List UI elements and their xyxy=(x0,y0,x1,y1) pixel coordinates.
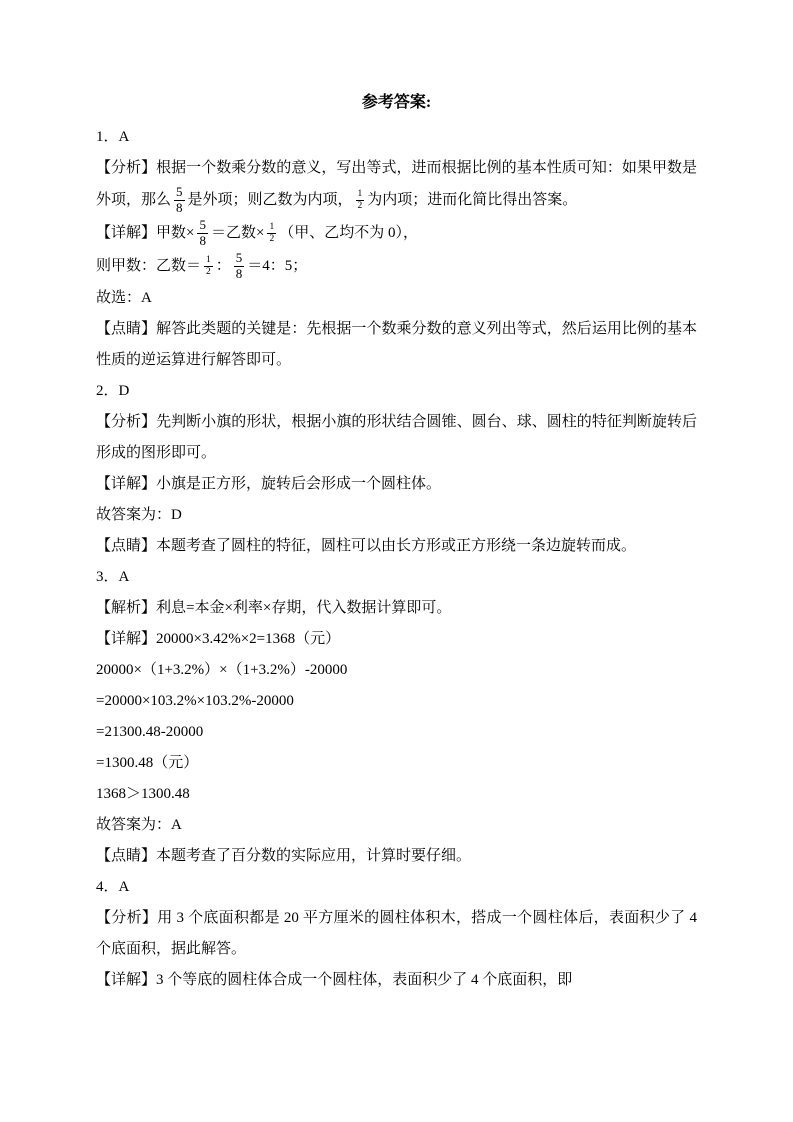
text-run: 是外项；则乙数为内项， xyxy=(188,192,353,208)
paragraph-q1-analysis: 【分析】根据一个数乘分数的意义，写出等式，进而根据比例的基本性质可知：如果甲数是… xyxy=(96,153,697,217)
fraction-numerator: 1 xyxy=(356,189,365,200)
text-run: 【点睛】本题考查了百分数的实际应用，计算时要仔细。 xyxy=(96,848,471,864)
fraction-denominator: 2 xyxy=(204,266,213,278)
text-run: =21300.48-20000 xyxy=(96,724,203,740)
paragraph-q3-analysis: 【解析】利息=本金×利率×存期，代入数据计算即可。 xyxy=(96,593,697,624)
fraction-numerator: 1 xyxy=(267,222,276,233)
paragraph-q3-note: 【点睛】本题考查了百分数的实际应用，计算时要仔细。 xyxy=(96,841,697,872)
paragraph-q4-answer: 4．A xyxy=(96,872,697,903)
fraction-numerator: 1 xyxy=(204,255,213,266)
text-run: =1300.48（元） xyxy=(96,755,198,771)
paragraph-q2-result: 故答案为：D xyxy=(96,500,697,531)
text-run: 1．A xyxy=(96,129,129,145)
paragraph-q3-compare: 1368＞1300.48 xyxy=(96,779,697,810)
paragraph-q3-detail: 【详解】20000×3.42%×2=1368（元） xyxy=(96,624,697,655)
text-run: 1368＞1300.48 xyxy=(96,786,190,802)
fraction: 58 xyxy=(174,185,185,216)
paragraph-q1-answer: 1．A xyxy=(96,122,697,153)
paragraph-q3-calc-1: 20000×（1+3.2%）×（1+3.2%）-20000 xyxy=(96,655,697,686)
text-run: 【详解】3 个等底的圆柱体合成一个圆柱体，表面积少了 4 个底面积，即 xyxy=(96,972,572,988)
text-run: 4．A xyxy=(96,879,129,895)
paragraph-q3-answer: 3．A xyxy=(96,562,697,593)
fraction-denominator: 8 xyxy=(174,200,185,216)
text-run: 【分析】用 3 个底面积都是 20 平方厘米的圆柱体积木，搭成一个圆柱体后，表面… xyxy=(96,910,697,957)
page-title: 参考答案: xyxy=(96,90,697,116)
paragraph-q3-calc-4: =1300.48（元） xyxy=(96,748,697,779)
fraction: 12 xyxy=(356,189,365,212)
paragraph-q2-note: 【点睛】本题考查了圆柱的特征，圆柱可以由长方形或正方形绕一条边旋转而成。 xyxy=(96,531,697,562)
text-run: 【详解】甲数× xyxy=(96,225,194,241)
text-run: 故答案为：A xyxy=(96,817,182,833)
text-run: 【点睛】本题考查了圆柱的特征，圆柱可以由长方形或正方形绕一条边旋转而成。 xyxy=(96,538,636,554)
paragraph-q3-calc-3: =21300.48-20000 xyxy=(96,717,697,748)
text-run: =20000×103.2%×103.2%-20000 xyxy=(96,693,294,709)
paragraph-q2-answer: 2．D xyxy=(96,376,697,407)
text-run: （甲、乙均不为 0）， xyxy=(279,225,418,241)
paragraph-q2-detail: 【详解】小旗是正方形，旋转后会形成一个圆柱体。 xyxy=(96,469,697,500)
text-run: 故答案为：D xyxy=(96,507,182,523)
fraction: 58 xyxy=(234,251,245,282)
fraction: 12 xyxy=(204,255,213,278)
fraction-denominator: 8 xyxy=(234,266,245,282)
paragraph-q1-detail: 【详解】甲数×58＝乙数×12（甲、乙均不为 0）， xyxy=(96,217,697,250)
text-run: 20000×（1+3.2%）×（1+3.2%）-20000 xyxy=(96,662,347,678)
fraction-denominator: 2 xyxy=(356,200,365,212)
paragraph-q3-calc-2: =20000×103.2%×103.2%-20000 xyxy=(96,686,697,717)
paragraph-q1-ratio: 则甲数：乙数＝12：58＝4：5； xyxy=(96,250,697,283)
text-run: 【解析】利息=本金×利率×存期，代入数据计算即可。 xyxy=(96,600,451,616)
paragraph-q1-choice: 故选：A xyxy=(96,283,697,314)
paragraph-q4-detail: 【详解】3 个等底的圆柱体合成一个圆柱体，表面积少了 4 个底面积，即 xyxy=(96,965,697,996)
text-run: ＝乙数× xyxy=(211,225,264,241)
paragraph-q4-analysis: 【分析】用 3 个底面积都是 20 平方厘米的圆柱体积木，搭成一个圆柱体后，表面… xyxy=(96,903,697,965)
text-run: ： xyxy=(216,258,231,274)
text-run: 故选：A xyxy=(96,290,152,306)
fraction-denominator: 2 xyxy=(267,233,276,245)
text-run: 【点睛】解答此类题的关键是：先根据一个数乘分数的意义列出等式，然后运用比例的基本… xyxy=(96,321,697,368)
fraction-numerator: 5 xyxy=(197,218,208,233)
text-run: ＝4：5； xyxy=(247,258,307,274)
paragraph-q2-analysis: 【分析】先判断小旗的形状，根据小旗的形状结合圆锥、圆台、球、圆柱的特征判断旋转后… xyxy=(96,407,697,469)
paragraph-q1-note: 【点睛】解答此类题的关键是：先根据一个数乘分数的意义列出等式，然后运用比例的基本… xyxy=(96,314,697,376)
paragraph-q3-result: 故答案为：A xyxy=(96,810,697,841)
text-run: 为内项；进而化简比得出答案。 xyxy=(367,192,577,208)
fraction: 58 xyxy=(197,218,208,249)
document-content: 1．A【分析】根据一个数乘分数的意义，写出等式，进而根据比例的基本性质可知：如果… xyxy=(96,122,697,996)
text-run: 2．D xyxy=(96,383,129,399)
text-run: 【详解】20000×3.42%×2=1368（元） xyxy=(96,631,340,647)
document-page: 参考答案: 1．A【分析】根据一个数乘分数的意义，写出等式，进而根据比例的基本性… xyxy=(0,0,793,1122)
text-run: 【详解】小旗是正方形，旋转后会形成一个圆柱体。 xyxy=(96,476,441,492)
text-run: 【分析】先判断小旗的形状，根据小旗的形状结合圆锥、圆台、球、圆柱的特征判断旋转后… xyxy=(96,414,697,461)
text-run: 则甲数：乙数＝ xyxy=(96,258,201,274)
text-run: 3．A xyxy=(96,569,129,585)
fraction-denominator: 8 xyxy=(197,233,208,249)
fraction: 12 xyxy=(267,222,276,245)
fraction-numerator: 5 xyxy=(234,251,245,266)
fraction-numerator: 5 xyxy=(174,185,185,200)
